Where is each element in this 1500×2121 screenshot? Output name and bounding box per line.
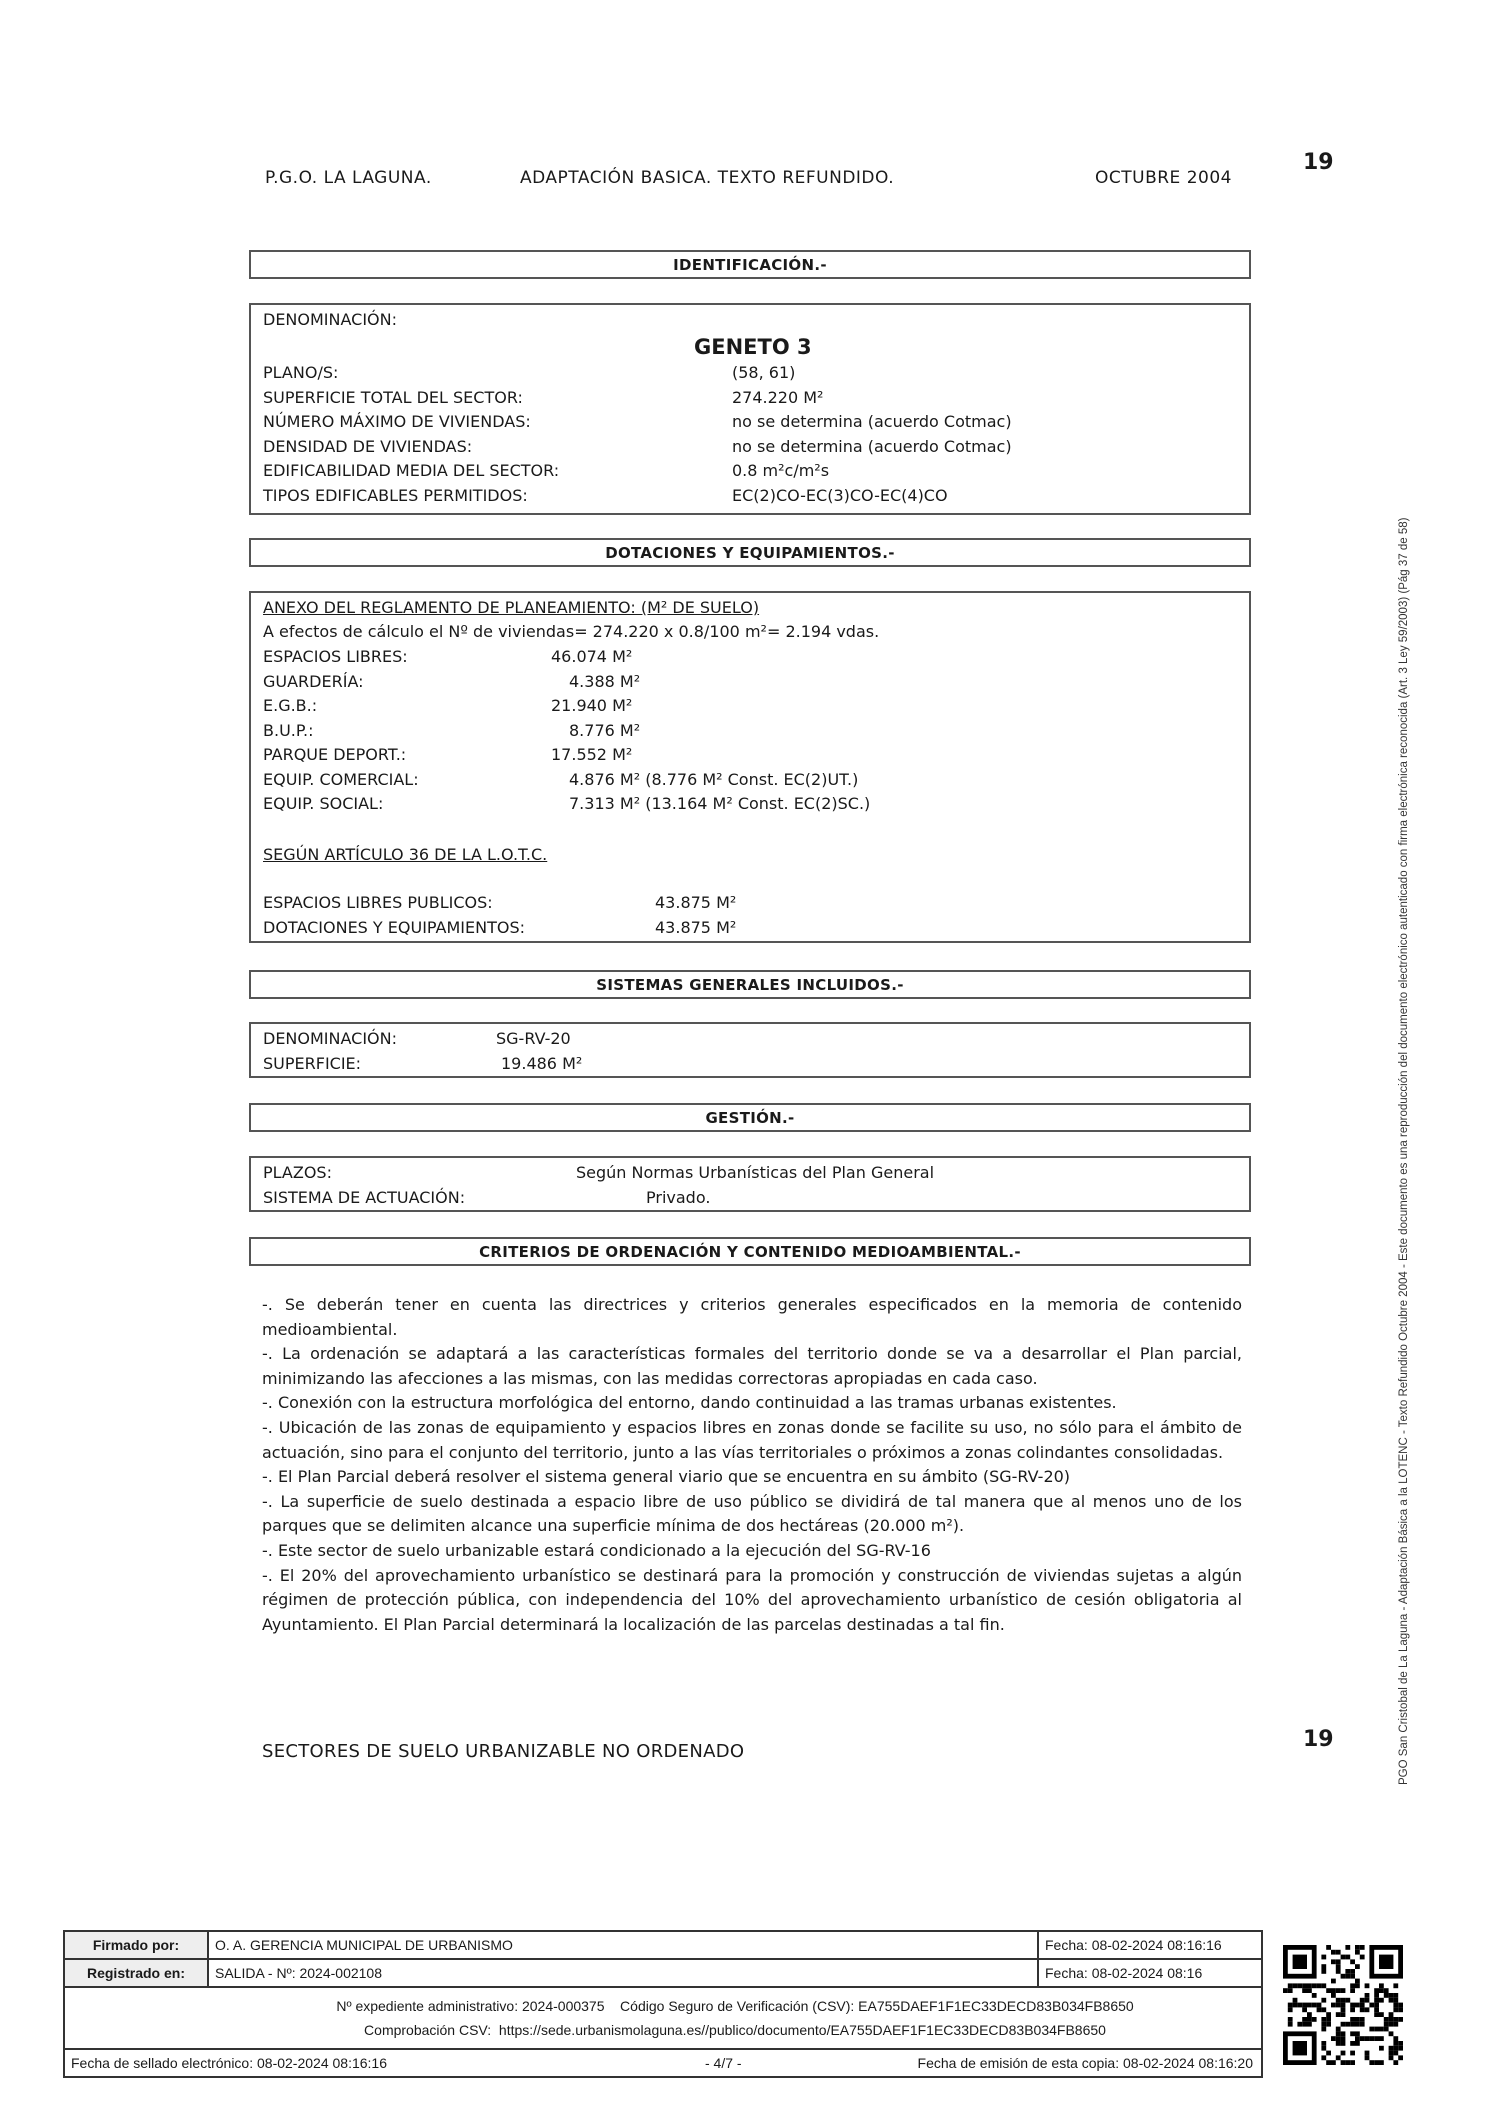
criterio-item: -. La ordenación se adaptará a las carac… [262,1342,1242,1391]
criterio-item: -. El Plan Parcial deberá resolver el si… [262,1465,1242,1490]
section-title: IDENTIFICACIÓN.- [673,256,827,274]
registrado-fecha: Fecha: 08-02-2024 08:16 [1038,1959,1262,1987]
identificacion-box: DENOMINACIÓN: GENETO 3 PLANO/S:(58, 61)S… [249,303,1251,515]
firmado-fecha: Fecha: 08-02-2024 08:16:16 [1038,1931,1262,1959]
section-title: CRITERIOS DE ORDENACIÓN Y CONTENIDO MEDI… [479,1243,1021,1261]
ident-value: no se determina (acuerdo Cotmac) [732,412,1012,431]
page-counter: - 4/7 - [705,2055,742,2071]
csv-link[interactable]: Comprobación CSV: https://sede.urbanismo… [215,2018,1255,2042]
lotc-label: DOTACIONES Y EQUIPAMIENTOS: [263,918,525,937]
section-header-sistemas: SISTEMAS GENERALES INCLUIDOS.- [249,970,1251,999]
calc-line: A efectos de cálculo el Nº de viviendas=… [263,622,879,641]
gestion-box: PLAZOS:Según Normas Urbanísticas del Pla… [249,1156,1251,1212]
lotc-label: ESPACIOS LIBRES PUBLICOS: [263,893,493,912]
dotacion-label: PARQUE DEPORT.: [263,745,406,764]
sistema-label: DENOMINACIÓN: [263,1029,397,1048]
dotacion-value: 4.876 M² (8.776 M² Const. EC(2)UT.) [569,770,858,789]
ident-label: DENSIDAD DE VIVIENDAS: [263,437,472,456]
ident-label: TIPOS EDIFICABLES PERMITIDOS: [263,486,528,505]
sistemas-box: DENOMINACIÓN:SG-RV-20SUPERFICIE:19.486 M… [249,1022,1251,1078]
ident-value: EC(2)CO-EC(3)CO-EC(4)CO [732,486,948,505]
section-header-gestion: GESTIÓN.- [249,1103,1251,1132]
criterio-item: -. Este sector de suelo urbanizable esta… [262,1539,1242,1564]
dotacion-value: 7.313 M² (13.164 M² Const. EC(2)SC.) [569,794,870,813]
anexo-heading: ANEXO DEL REGLAMENTO DE PLANEAMIENTO: (M… [263,598,759,617]
criterio-item: -. Conexión con la estructura morfológic… [262,1391,1242,1416]
ident-label: PLANO/S: [263,363,338,382]
section-header-dotaciones: DOTACIONES Y EQUIPAMIENTOS.- [249,538,1251,567]
lotc-value: 43.875 M² [655,893,736,912]
gestion-label: PLAZOS: [263,1163,332,1182]
page-number-top: 19 [1303,150,1334,175]
dotacion-label: B.U.P.: [263,721,314,740]
page-number-bottom: 19 [1303,1727,1334,1752]
qr-code-icon [1283,1945,1403,2065]
denominacion-label: DENOMINACIÓN: [263,310,397,329]
dotacion-label: EQUIP. COMERCIAL: [263,770,419,789]
firmado-value: O. A. GERENCIA MUNICIPAL DE URBANISMO [208,1931,1038,1959]
sector-name: GENETO 3 [694,335,812,359]
header-plan-name: P.G.O. LA LAGUNA. [265,168,432,188]
footer-section-title: SECTORES DE SUELO URBANIZABLE NO ORDENAD… [262,1741,744,1762]
gestion-value: Privado. [646,1188,710,1207]
signature-table: Firmado por: O. A. GERENCIA MUNICIPAL DE… [63,1930,1263,2078]
header-date: OCTUBRE 2004 [1095,168,1232,188]
ident-value: (58, 61) [732,363,795,382]
criterio-item: -. Ubicación de las zonas de equipamient… [262,1416,1242,1465]
gestion-label: SISTEMA DE ACTUACIÓN: [263,1188,465,1207]
sistema-value: SG-RV-20 [496,1029,571,1048]
firmado-label: Firmado por: [64,1931,208,1959]
dotacion-value: 8.776 M² [569,721,640,740]
dotacion-value: 46.074 M² [551,647,632,666]
dotacion-label: EQUIP. SOCIAL: [263,794,383,813]
gestion-value: Según Normas Urbanísticas del Plan Gener… [576,1163,934,1182]
criterio-item: -. Se deberán tener en cuenta las direct… [262,1293,1242,1342]
sistema-label: SUPERFICIE: [263,1054,361,1073]
ident-value: 0.8 m²c/m²s [732,461,829,480]
section-title: SISTEMAS GENERALES INCLUIDOS.- [596,976,903,994]
expediente-line: Nº expediente administrativo: 2024-00037… [215,1994,1255,2018]
criterio-item: -. El 20% del aprovechamiento urbanístic… [262,1564,1242,1638]
sellado-date: Fecha de sellado electrónico: 08-02-2024… [71,2055,387,2071]
ident-label: NÚMERO MÁXIMO DE VIVIENDAS: [263,412,531,431]
registrado-value: SALIDA - Nº: 2024-002108 [208,1959,1038,1987]
registrado-label: Registrado en: [64,1959,208,1987]
dotacion-label: GUARDERÍA: [263,672,364,691]
lotc-heading: SEGÚN ARTÍCULO 36 DE LA L.O.T.C. [263,845,547,864]
dotacion-value: 17.552 M² [551,745,632,764]
emision-date: Fecha de emisión de esta copia: 08-02-20… [918,2055,1253,2071]
ident-label: SUPERFICIE TOTAL DEL SECTOR: [263,388,523,407]
lotc-value: 43.875 M² [655,918,736,937]
section-title: DOTACIONES Y EQUIPAMIENTOS.- [605,544,895,562]
section-header-identificacion: IDENTIFICACIÓN.- [249,250,1251,279]
section-title: GESTIÓN.- [705,1109,794,1127]
ident-label: EDIFICABILIDAD MEDIA DEL SECTOR: [263,461,559,480]
ident-value: 274.220 M² [732,388,823,407]
dotacion-label: ESPACIOS LIBRES: [263,647,408,666]
dotaciones-box: ANEXO DEL REGLAMENTO DE PLANEAMIENTO: (M… [249,591,1251,943]
dotacion-label: E.G.B.: [263,696,317,715]
criterios-list: -. Se deberán tener en cuenta las direct… [262,1293,1242,1637]
ident-value: no se determina (acuerdo Cotmac) [732,437,1012,456]
sistema-value: 19.486 M² [501,1054,582,1073]
dotacion-value: 4.388 M² [569,672,640,691]
side-verification-note: PGO San Cristobal de La Laguna - Adaptac… [1398,518,1410,1785]
section-header-criterios: CRITERIOS DE ORDENACIÓN Y CONTENIDO MEDI… [249,1237,1251,1266]
header-document-title: ADAPTACIÓN BASICA. TEXTO REFUNDIDO. [520,168,894,188]
criterio-item: -. La superficie de suelo destinada a es… [262,1490,1242,1539]
dotacion-value: 21.940 M² [551,696,632,715]
